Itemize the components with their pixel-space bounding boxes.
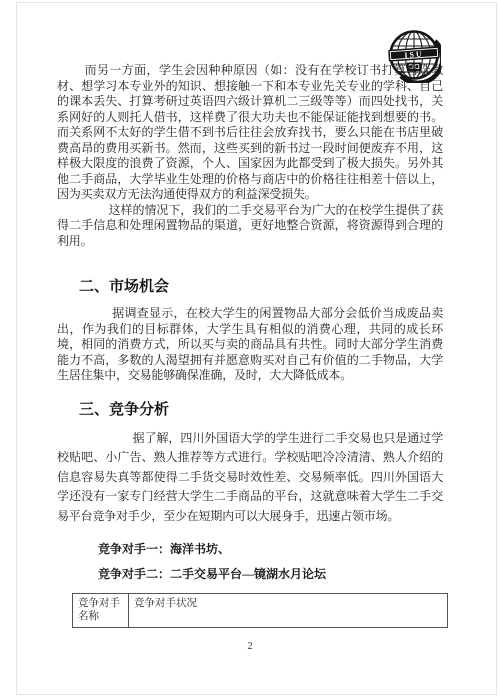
logo-banner: ISU <box>388 46 440 62</box>
paragraph-reasons: 而另一方面，学生会因种种原因（如：没有在学校订书打算自选教材、想学习本专业外的知… <box>57 63 443 203</box>
competitor-line-1: 竞争对手一：海洋书坊、 <box>57 542 443 557</box>
heading-market-opportunity: 二、市场机会 <box>57 275 443 296</box>
table-header-competitor-name: 竞争对手名称 <box>73 594 129 628</box>
document-body: 而另一方面，学生会因种种原因（如：没有在学校订书打算自选教材、想学习本专业外的知… <box>57 63 443 628</box>
paragraph-platform-value: 这样的情况下，我们的二手交易平台为广大的在校学生提供了获得二手信息和处理闲置物品… <box>57 203 443 250</box>
paragraph-competition-overview: 据了解，四川外国语大学的学生进行二手交易也只是通过学校贴吧、小广告、熟人推荐等方… <box>57 429 443 527</box>
document-page: ISU 而另一方面，学生会因种种原因（如：没有在学校订书打算自选教材、想学习本专… <box>0 0 500 698</box>
table-header-competitor-status: 竞争对手状况 <box>129 594 448 628</box>
competitor-table: 竞争对手名称 竞争对手状况 <box>72 593 448 628</box>
paragraph-market-survey: 据调查显示，在校大学生的闲置物品大部分会低价当成废品卖出，作为我们的目标群体，大… <box>57 306 443 384</box>
logo-banner-text: ISU <box>404 50 424 60</box>
table-header-row: 竞争对手名称 竞争对手状况 <box>73 594 448 628</box>
competitor-line-2: 竞争对手二：二手交易平台—镜湖水月论坛 <box>57 567 443 582</box>
heading-competition-analysis: 三、竞争分析 <box>57 398 443 419</box>
page-number: 2 <box>0 641 500 652</box>
